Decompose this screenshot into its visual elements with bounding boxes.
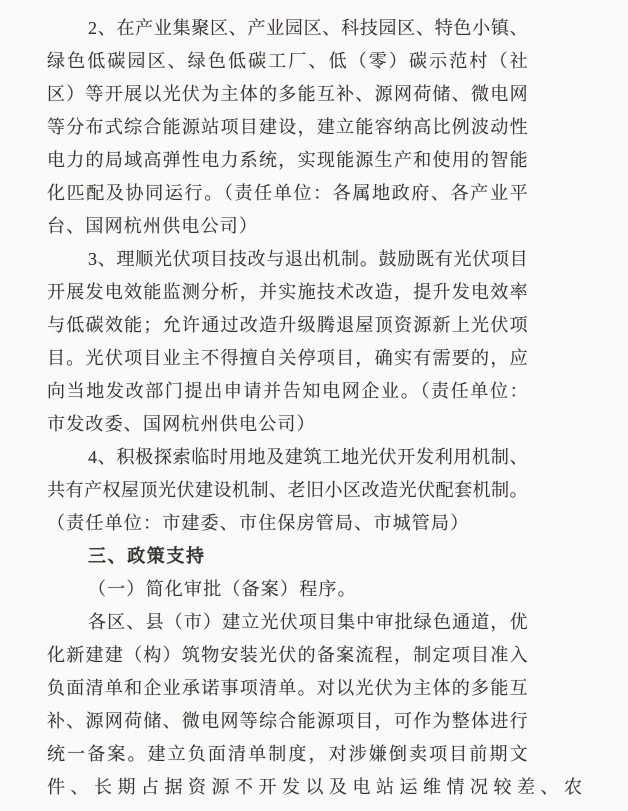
document-line: 区）等开展以光伏为主体的多能互补、源网荷储、微电网 bbox=[47, 78, 528, 111]
document-line: 向当地发改部门提出申请并告知电网企业。（责任单位： bbox=[47, 375, 528, 408]
document-line: （责任单位：市建委、市住保房管局、市城管局） bbox=[47, 507, 528, 540]
document-line: 共有产权屋顶光伏建设机制、老旧小区改造光伏配套机制。 bbox=[47, 474, 528, 507]
document-line: 各区、县（市）建立光伏项目集中审批绿色通道，优 bbox=[47, 606, 528, 639]
document-line: 市发改委、国网杭州供电公司） bbox=[47, 408, 528, 441]
document-line: 目。光伏项目业主不得擅自关停项目，确实有需要的，应 bbox=[47, 342, 528, 375]
document-line: 化新建建（构）筑物安装光伏的备案流程，制定项目准入 bbox=[47, 639, 528, 672]
subsection-heading: （一）简化审批（备案）程序。 bbox=[47, 573, 528, 606]
document-line: 4、积极探索临时用地及建筑工地光伏开发利用机制、 bbox=[47, 441, 528, 474]
document-line: 开展发电效能监测分析，并实施技术改造，提升发电效率 bbox=[47, 276, 528, 309]
document-line: 与低碳效能；允许通过改造升级腾退屋顶资源新上光伏项 bbox=[47, 309, 528, 342]
text-column: 2、在产业集聚区、产业园区、科技园区、特色小镇、 绿色低碳园区、绿色低碳工厂、低… bbox=[47, 12, 528, 804]
document-line: 化匹配及协同运行。（责任单位：各属地政府、各产业平 bbox=[47, 177, 528, 210]
scanned-document-page: 2、在产业集聚区、产业园区、科技园区、特色小镇、 绿色低碳园区、绿色低碳工厂、低… bbox=[0, 0, 628, 811]
document-line: 电力的局域高弹性电力系统，实现能源生产和使用的智能 bbox=[47, 144, 528, 177]
document-line: 件、长期占据资源不开发以及电站运维情况较差、农 bbox=[47, 771, 528, 804]
section-heading: 三、政策支持 bbox=[47, 540, 528, 573]
document-line: 台、国网杭州供电公司） bbox=[47, 210, 528, 243]
document-line: 补、源网荷储、微电网等综合能源项目，可作为整体进行 bbox=[47, 705, 528, 738]
document-line: 2、在产业集聚区、产业园区、科技园区、特色小镇、 bbox=[47, 12, 528, 45]
document-line: 等分布式综合能源站项目建设，建立能容纳高比例波动性 bbox=[47, 111, 528, 144]
document-line: 统一备案。建立负面清单制度，对涉嫌倒卖项目前期文 bbox=[47, 738, 528, 771]
document-line: 绿色低碳园区、绿色低碳工厂、低（零）碳示范村（社 bbox=[47, 45, 528, 78]
document-line: 3、理顺光伏项目技改与退出机制。鼓励既有光伏项目 bbox=[47, 243, 528, 276]
document-line: 负面清单和企业承诺事项清单。对以光伏为主体的多能互 bbox=[47, 672, 528, 705]
